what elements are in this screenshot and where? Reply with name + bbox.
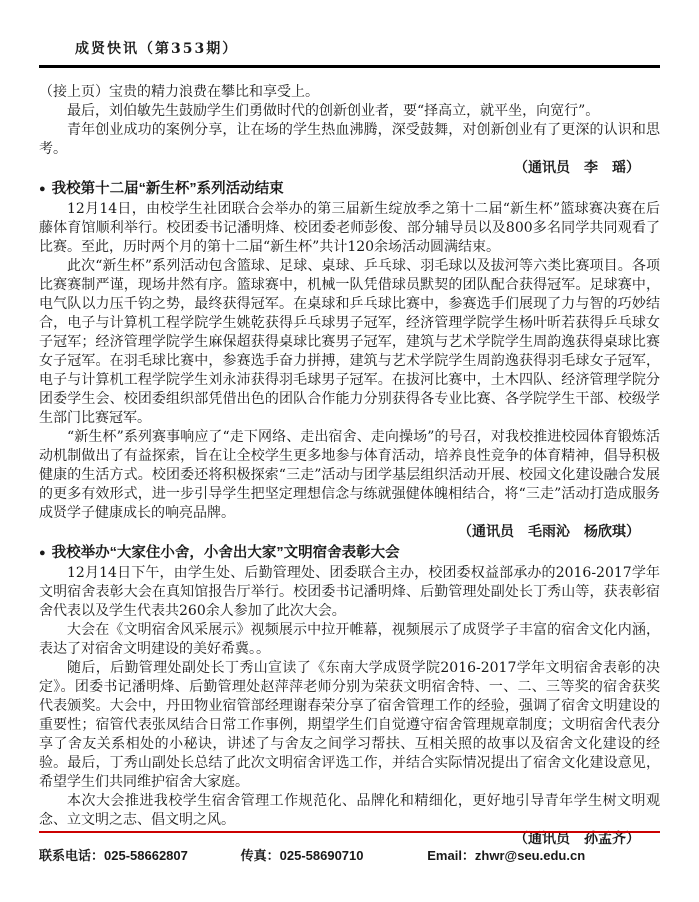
section2-paragraph-2: 大会在《文明宿舍风采展示》视频展示中拉开帷幕，视频展示了成贤学子丰富的宿舍文化内…	[39, 621, 660, 659]
intro-paragraph-3: 青年创业成功的案例分享，让在场的学生热血沸腾，深受鼓舞，对创新创业有了更深的认识…	[39, 121, 660, 159]
bullet-icon: ●	[39, 547, 46, 559]
footer-contact-row: 联系电话：025-58662807 传真：025-58690710 Email：…	[39, 845, 660, 864]
page-header: 成贤快讯（第353期）	[39, 0, 660, 68]
section2-heading-text: 我校举办“大家住小舍，小舍出大家”文明宿舍表彰大会	[52, 545, 400, 561]
header-divider	[39, 65, 660, 68]
footer-divider	[39, 831, 660, 833]
section2-heading: ●我校举办“大家住小舍，小舍出大家”文明宿舍表彰大会	[39, 543, 660, 563]
newsletter-title: 成贤快讯（第353期）	[75, 38, 660, 58]
section2-paragraph-1: 12月14日下午，由学生处、后勤管理处、团委联合主办，校团委权益部承办的2016…	[39, 564, 660, 621]
section2-paragraph-3: 随后，后勤管理处副处长丁秀山宣读了《东南大学成贤学院2016-2017学年文明宿…	[39, 659, 660, 792]
section1-heading: ●我校第十二届“新生杯”系列活动结束	[39, 179, 660, 199]
section1-paragraph-3: “新生杯”系列赛事响应了“走下网络、走出宿舍、走向操场”的号召，对我校推进校园体…	[39, 428, 660, 523]
footer-fax: 传真：025-58690710	[241, 845, 424, 864]
section2-paragraph-4: 本次大会推进我校学生宿舍管理工作规范化、品牌化和精细化，更好地引导青年学生树文明…	[39, 792, 660, 830]
section1-paragraph-1: 12月14日，由校学生社团联合会举办的第三届新生绽放季之第十二届“新生杯”篮球赛…	[39, 200, 660, 257]
section1-heading-text: 我校第十二届“新生杯”系列活动结束	[52, 181, 284, 197]
page-footer: 联系电话：025-58662807 传真：025-58690710 Email：…	[39, 831, 660, 864]
bullet-icon: ●	[39, 183, 46, 195]
intro-byline: （通讯员 李 瑶）	[39, 159, 660, 178]
section1-paragraph-2: 此次“新生杯”系列活动包含篮球、足球、桌球、乒乓球、羽毛球以及拔河等六类比赛项目…	[39, 257, 660, 428]
section1-byline: （通讯员 毛雨沁 杨欣琪）	[39, 523, 660, 542]
newsletter-page: 成贤快讯（第353期） （接上页）宝贵的精力浪费在攀比和享受上。 最后，刘伯敏先…	[39, 0, 660, 902]
footer-email: Email：zhwr@seu.edu.cn	[427, 845, 585, 864]
intro-paragraph-1: （接上页）宝贵的精力浪费在攀比和享受上。	[39, 83, 660, 102]
intro-paragraph-2: 最后，刘伯敏先生鼓励学生们勇做时代的创新创业者，要“择高立，就平坐，向宽行”。	[39, 102, 660, 121]
article-body: （接上页）宝贵的精力浪费在攀比和享受上。 最后，刘伯敏先生鼓励学生们勇做时代的创…	[39, 83, 660, 849]
footer-phone: 联系电话：025-58662807	[39, 845, 237, 864]
